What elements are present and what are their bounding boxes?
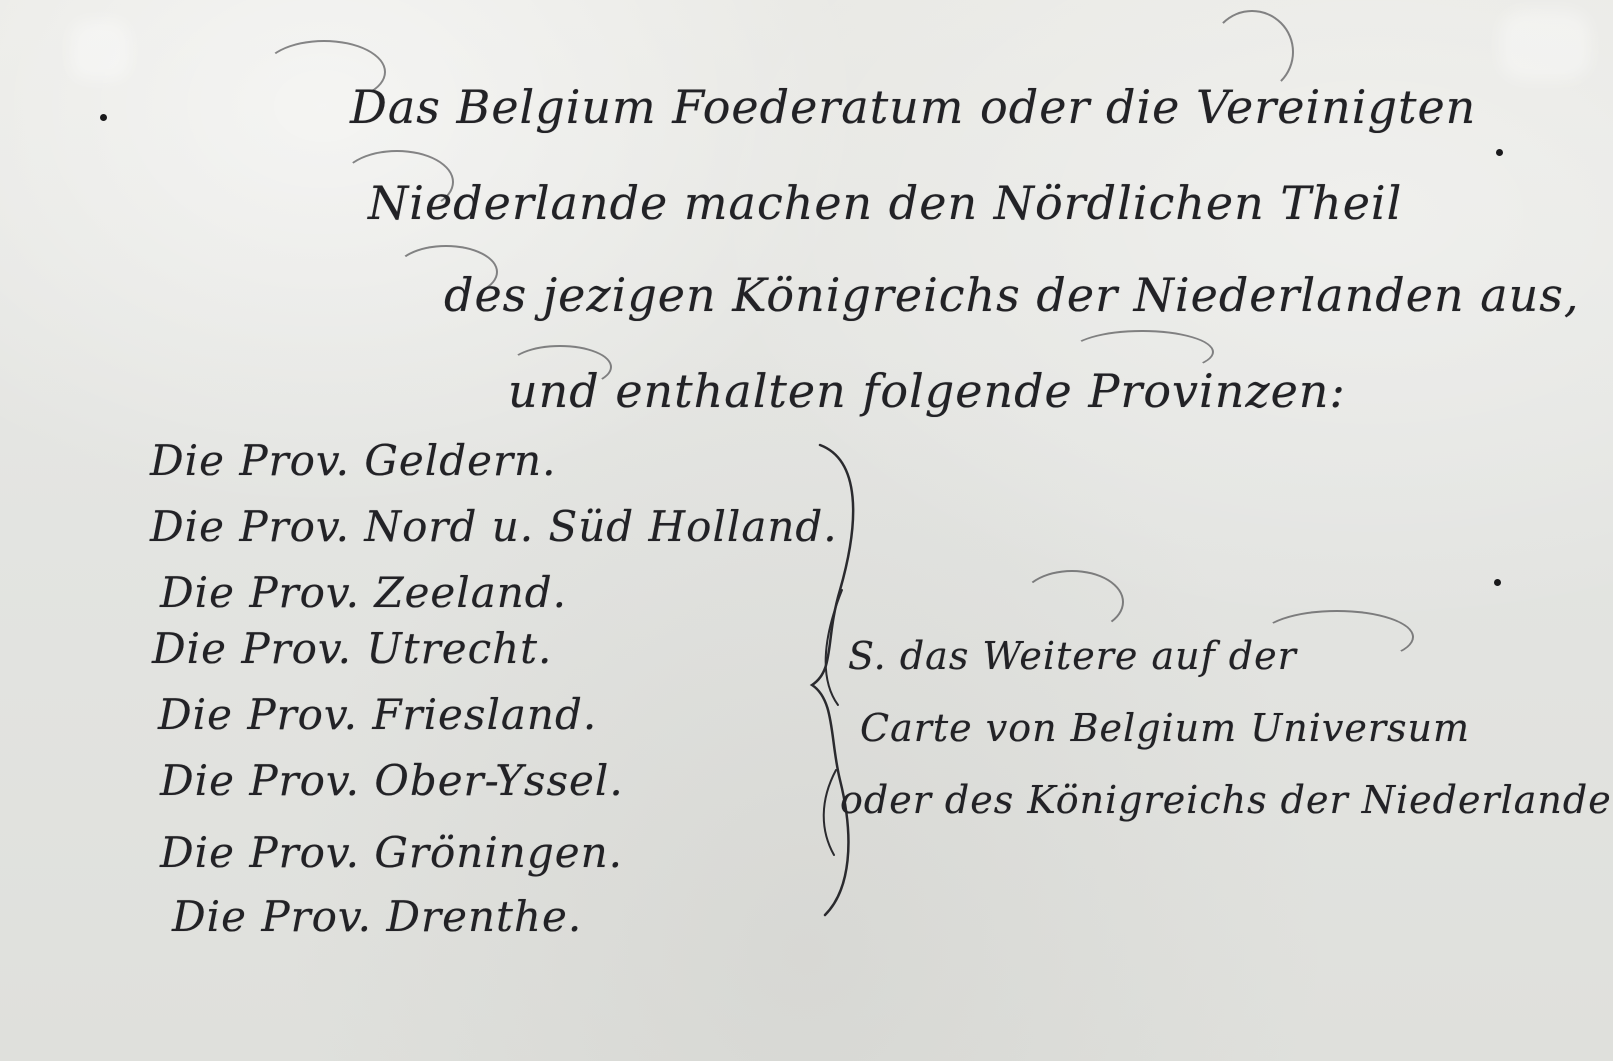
province-item: Die Prov. Zeeland. <box>160 568 567 617</box>
note-line-1: S. das Weitere auf der <box>848 634 1297 678</box>
province-item: Die Prov. Friesland. <box>158 690 597 739</box>
paper-glare <box>1500 10 1590 80</box>
ink-dot <box>1494 579 1501 586</box>
heading-line-2: Niederlande machen den Nördlichen Theil <box>368 176 1402 230</box>
province-item: Die Prov. Gröningen. <box>160 828 623 877</box>
ink-dot <box>1496 149 1503 156</box>
heading-line-4: und enthalten folgende Provinzen: <box>508 364 1346 418</box>
province-item: Die Prov. Nord u. Süd Holland. <box>150 502 838 551</box>
paper-glare <box>70 20 130 80</box>
heading-line-1: Das Belgium Foederatum oder die Vereinig… <box>350 80 1476 134</box>
province-item: Die Prov. Drenthe. <box>172 892 582 941</box>
ink-dot <box>100 114 107 121</box>
province-item: Die Prov. Utrecht. <box>152 624 552 673</box>
flourish <box>1020 570 1124 634</box>
note-line-2: Carte von Belgium Universum <box>860 706 1470 750</box>
manuscript-page: Das Belgium Foederatum oder die Vereinig… <box>0 0 1613 1061</box>
province-item: Die Prov. Ober-Yssel. <box>160 756 624 805</box>
heading-line-3: des jezigen Königreichs der Niederlanden… <box>444 268 1579 322</box>
note-line-3: oder des Königreichs der Niederlanden <box>840 778 1613 822</box>
province-item: Die Prov. Geldern. <box>150 436 556 485</box>
